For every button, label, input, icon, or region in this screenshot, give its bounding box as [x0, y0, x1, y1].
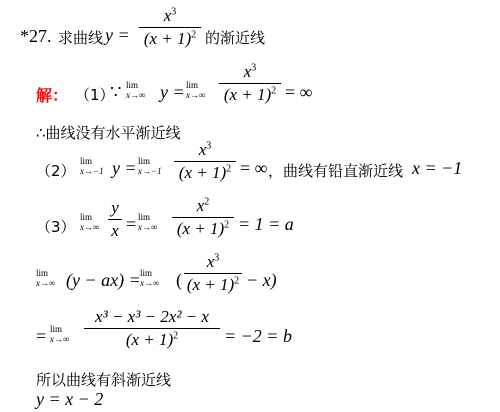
limit-operator: limx→−1 — [138, 156, 162, 176]
limit-operator: limx→∞ — [126, 80, 145, 100]
step-fraction: x3 (x + 1)2 — [174, 140, 236, 183]
y-over-x-fraction: y x — [108, 198, 122, 241]
step-fraction: x2 (x + 1)2 — [172, 196, 234, 239]
problem-fraction: x3 (x + 1)2 — [139, 6, 201, 49]
step-result: = ∞ — [240, 158, 267, 179]
problem-number: *27. — [20, 26, 52, 47]
oblique-asymptote: y = x − 2 — [36, 389, 103, 410]
equals-sign: = — [126, 214, 136, 235]
step-tail: − x) — [246, 270, 277, 291]
limit-operator: limx→∞ — [186, 80, 205, 100]
step-fraction: x³ − x³ − 2x² − x (x + 1)2 — [84, 307, 220, 350]
limit-operator: limx→∞ — [80, 212, 99, 232]
limit-operator: limx→∞ — [138, 212, 157, 232]
equals-sign: = — [36, 326, 46, 347]
limit-operator: limx→∞ — [36, 268, 55, 288]
vertical-asymptote: x = −1 — [412, 158, 462, 179]
step-expr: y = — [160, 82, 185, 103]
step-expr: y = — [112, 158, 137, 179]
step-fraction: x3 (x + 1)2 — [219, 62, 281, 105]
limit-operator: limx→∞ — [50, 324, 69, 344]
solution-label: 解： — [36, 83, 68, 106]
problem-prompt-suffix: 的渐近线 — [205, 27, 265, 48]
limit-operator: limx→−1 — [80, 156, 104, 176]
final-conclusion: 所以曲线有斜渐近线 — [36, 369, 171, 390]
step-conclusion: ∴曲线没有水平渐近线 — [36, 122, 181, 143]
because-symbol: ∵ — [110, 82, 121, 103]
step-fraction: x3 (x + 1)2 — [184, 252, 242, 295]
step-tag: （2） — [36, 160, 76, 181]
step-result: = ∞ — [285, 82, 312, 103]
open-paren: ( — [176, 270, 182, 291]
step-conclusion: ，曲线有铅直渐近线 — [268, 160, 403, 181]
limit-operator: limx→∞ — [140, 268, 159, 288]
problem-lhs: y = — [105, 25, 130, 46]
step-result: = −2 = b — [224, 326, 292, 347]
step-tag: （3） — [36, 216, 76, 237]
step-tag: （1） — [75, 84, 115, 105]
problem-prompt: 求曲线 — [58, 27, 103, 48]
step-result: = 1 = a — [238, 214, 294, 235]
step-expr: (y − ax) = — [66, 270, 141, 291]
